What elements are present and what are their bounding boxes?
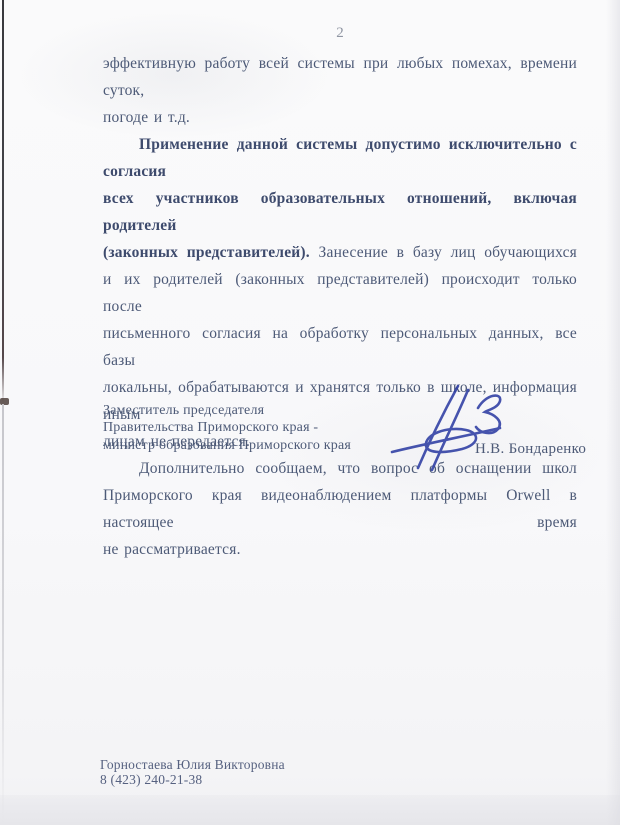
signature-title-block: Заместитель председателя Правительства П… xyxy=(103,402,383,454)
body-line: всех участников образовательных отношени… xyxy=(103,185,577,239)
signer-name: Н.В. Бондаренко xyxy=(475,441,586,458)
body-line-text: эффективную работу всей системы при любы… xyxy=(103,55,577,99)
body-line-text: погоде и т.д. xyxy=(103,109,190,126)
body-line-text: не рассматривается. xyxy=(103,541,241,558)
contact-footer: Горностаева Юлия Викторовна 8 (423) 240-… xyxy=(100,757,285,787)
body-line: Применение данной системы допустимо искл… xyxy=(103,131,577,185)
signer-title-line: Заместитель председателя xyxy=(103,402,383,419)
signer-title-line: Правительства Приморского края - xyxy=(103,419,383,436)
body-line: Приморского края видеонаблюдением платфо… xyxy=(103,482,577,536)
page-number: 2 xyxy=(103,25,577,42)
scan-edge-artifact xyxy=(2,0,4,406)
body-line-text: (законных представителей). xyxy=(103,244,310,261)
handwritten-signature xyxy=(388,374,513,474)
contact-person-name: Горностаева Юлия Викторовна xyxy=(100,757,285,772)
body-line-text: Приморского края видеонаблюдением платфо… xyxy=(103,487,577,531)
scan-bottom-shadow xyxy=(0,795,620,825)
body-line: (законных представителей). Занесение в б… xyxy=(103,239,577,266)
body-line-text: и их родителей (законных представителей)… xyxy=(103,271,577,315)
signer-title-line: министр образования Приморского края xyxy=(103,437,383,454)
contact-phone: 8 (423) 240-21-38 xyxy=(100,772,285,787)
letter-body: эффективную работу всей системы при любы… xyxy=(103,50,577,563)
body-line: не рассматривается. xyxy=(103,536,577,563)
body-line: погоде и т.д. xyxy=(103,104,577,131)
scan-right-shadow xyxy=(606,0,620,825)
body-line-text: Занесение в базу лиц обучающихся xyxy=(319,244,577,261)
body-line-text: Применение данной системы допустимо искл… xyxy=(103,136,577,180)
scan-edge-faint-line xyxy=(2,404,4,825)
scanned-letter-page: 2 эффективную работу всей системы при лю… xyxy=(0,0,620,825)
body-line: письменного согласия на обработку персон… xyxy=(103,320,577,374)
body-line: и их родителей (законных представителей)… xyxy=(103,266,577,320)
body-line-text: всех участников образовательных отношени… xyxy=(103,190,577,234)
body-line-text: письменного согласия на обработку персон… xyxy=(103,325,577,369)
body-line: эффективную работу всей системы при любы… xyxy=(103,50,577,104)
